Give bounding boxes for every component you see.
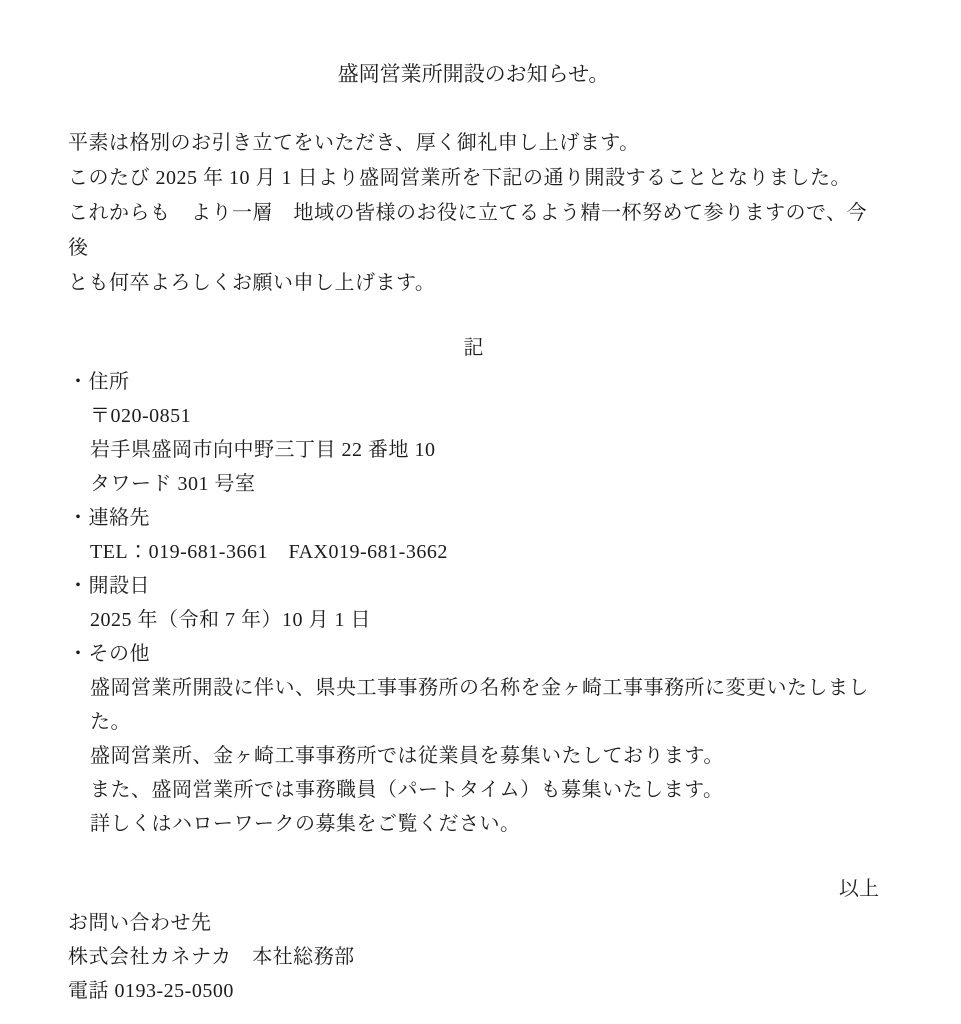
address-room: タワード 301 号室 xyxy=(90,467,879,501)
other-line-2: 盛岡営業所、金ヶ崎工事事務所では従業員を募集いたしております。 xyxy=(90,739,879,773)
intro-paragraph: 平素は格別のお引き立てをいただき、厚く御礼申し上げます。 このたび 2025 年… xyxy=(68,126,879,301)
other-line-4: 詳しくはハローワークの募集をご覧ください。 xyxy=(90,807,879,841)
address-postal-code: 〒020-0851 xyxy=(90,399,879,433)
intro-line-3: これからも より一層 地域の皆様のお役に立てるよう精一杯努めて参りますので、今後 xyxy=(68,196,879,266)
section-address-heading: ・住所 xyxy=(68,365,879,399)
opening-date-value: 2025 年（令和 7 年）10 月 1 日 xyxy=(90,603,879,637)
section-other: ・その他 盛岡営業所開設に伴い、県央工事事務所の名称を金ヶ崎工事事務所に変更いた… xyxy=(68,637,879,841)
intro-line-4: とも何卒よろしくお願い申し上げます。 xyxy=(68,266,879,301)
contact-heading: お問い合わせ先 xyxy=(68,906,879,940)
section-opening-date-heading: ・開設日 xyxy=(68,569,879,603)
document-title: 盛岡営業所開設のお知らせ。 xyxy=(68,57,879,92)
section-other-heading: ・その他 xyxy=(68,637,879,671)
contact-block: お問い合わせ先 株式会社カネナカ 本社総務部 電話 0193-25-0500 xyxy=(68,906,879,1008)
section-address: ・住所 〒020-0851 岩手県盛岡市向中野三丁目 22 番地 10 タワード… xyxy=(68,365,879,501)
record-marker: 記 xyxy=(68,331,879,365)
document-content: 盛岡営業所開設のお知らせ。 平素は格別のお引き立てをいただき、厚く御礼申し上げま… xyxy=(0,0,961,1008)
document-page: 盛岡営業所開設のお知らせ。 平素は格別のお引き立てをいただき、厚く御礼申し上げま… xyxy=(0,0,961,1024)
intro-line-1: 平素は格別のお引き立てをいただき、厚く御礼申し上げます。 xyxy=(68,126,879,161)
closing-word: 以上 xyxy=(68,872,879,906)
contact-company: 株式会社カネナカ 本社総務部 xyxy=(68,940,879,974)
section-opening-date: ・開設日 2025 年（令和 7 年）10 月 1 日 xyxy=(68,569,879,637)
intro-line-2: このたび 2025 年 10 月 1 日より盛岡営業所を下記の通り開設することと… xyxy=(68,161,879,196)
other-line-1: 盛岡営業所開設に伴い、県央工事事務所の名称を金ヶ崎工事事務所に変更いたしました。 xyxy=(90,671,879,739)
section-contact-heading: ・連絡先 xyxy=(68,501,879,535)
other-line-3: また、盛岡営業所では事務職員（パートタイム）も募集いたします。 xyxy=(90,773,879,807)
detail-list: ・住所 〒020-0851 岩手県盛岡市向中野三丁目 22 番地 10 タワード… xyxy=(68,365,879,841)
contact-phone: 電話 0193-25-0500 xyxy=(68,974,879,1008)
address-street: 岩手県盛岡市向中野三丁目 22 番地 10 xyxy=(90,433,879,467)
section-contact-numbers: ・連絡先 TEL：019-681-3661 FAX019-681-3662 xyxy=(68,501,879,569)
tel-fax-line: TEL：019-681-3661 FAX019-681-3662 xyxy=(90,535,879,569)
